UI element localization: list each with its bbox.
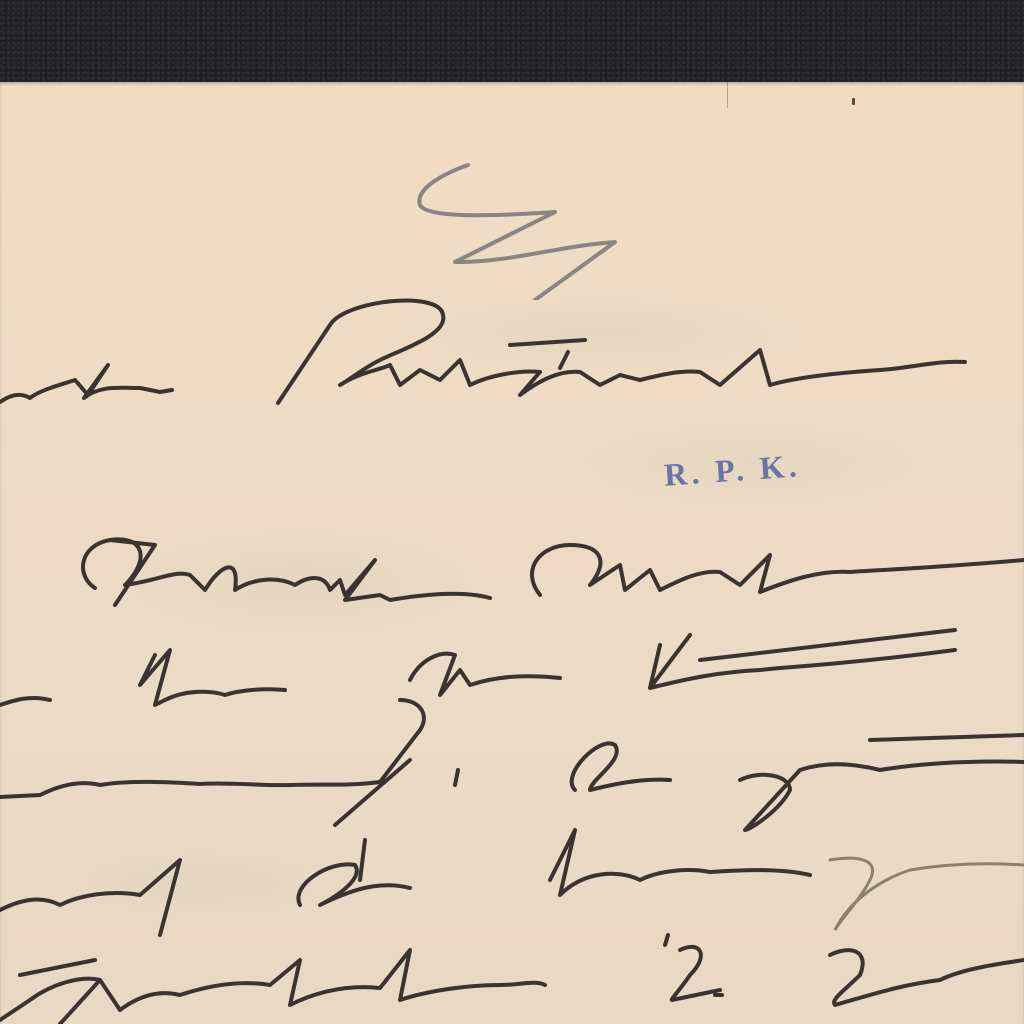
- paper-speck: [852, 98, 855, 105]
- paper-fold-mark: [727, 82, 728, 108]
- pencil-page-number-mark: [410, 150, 640, 300]
- scanned-letter: R. P. K. …rke Kunstvrienden Verzoek Uwe …: [0, 0, 1024, 1024]
- scan-backdrop: [0, 0, 1024, 82]
